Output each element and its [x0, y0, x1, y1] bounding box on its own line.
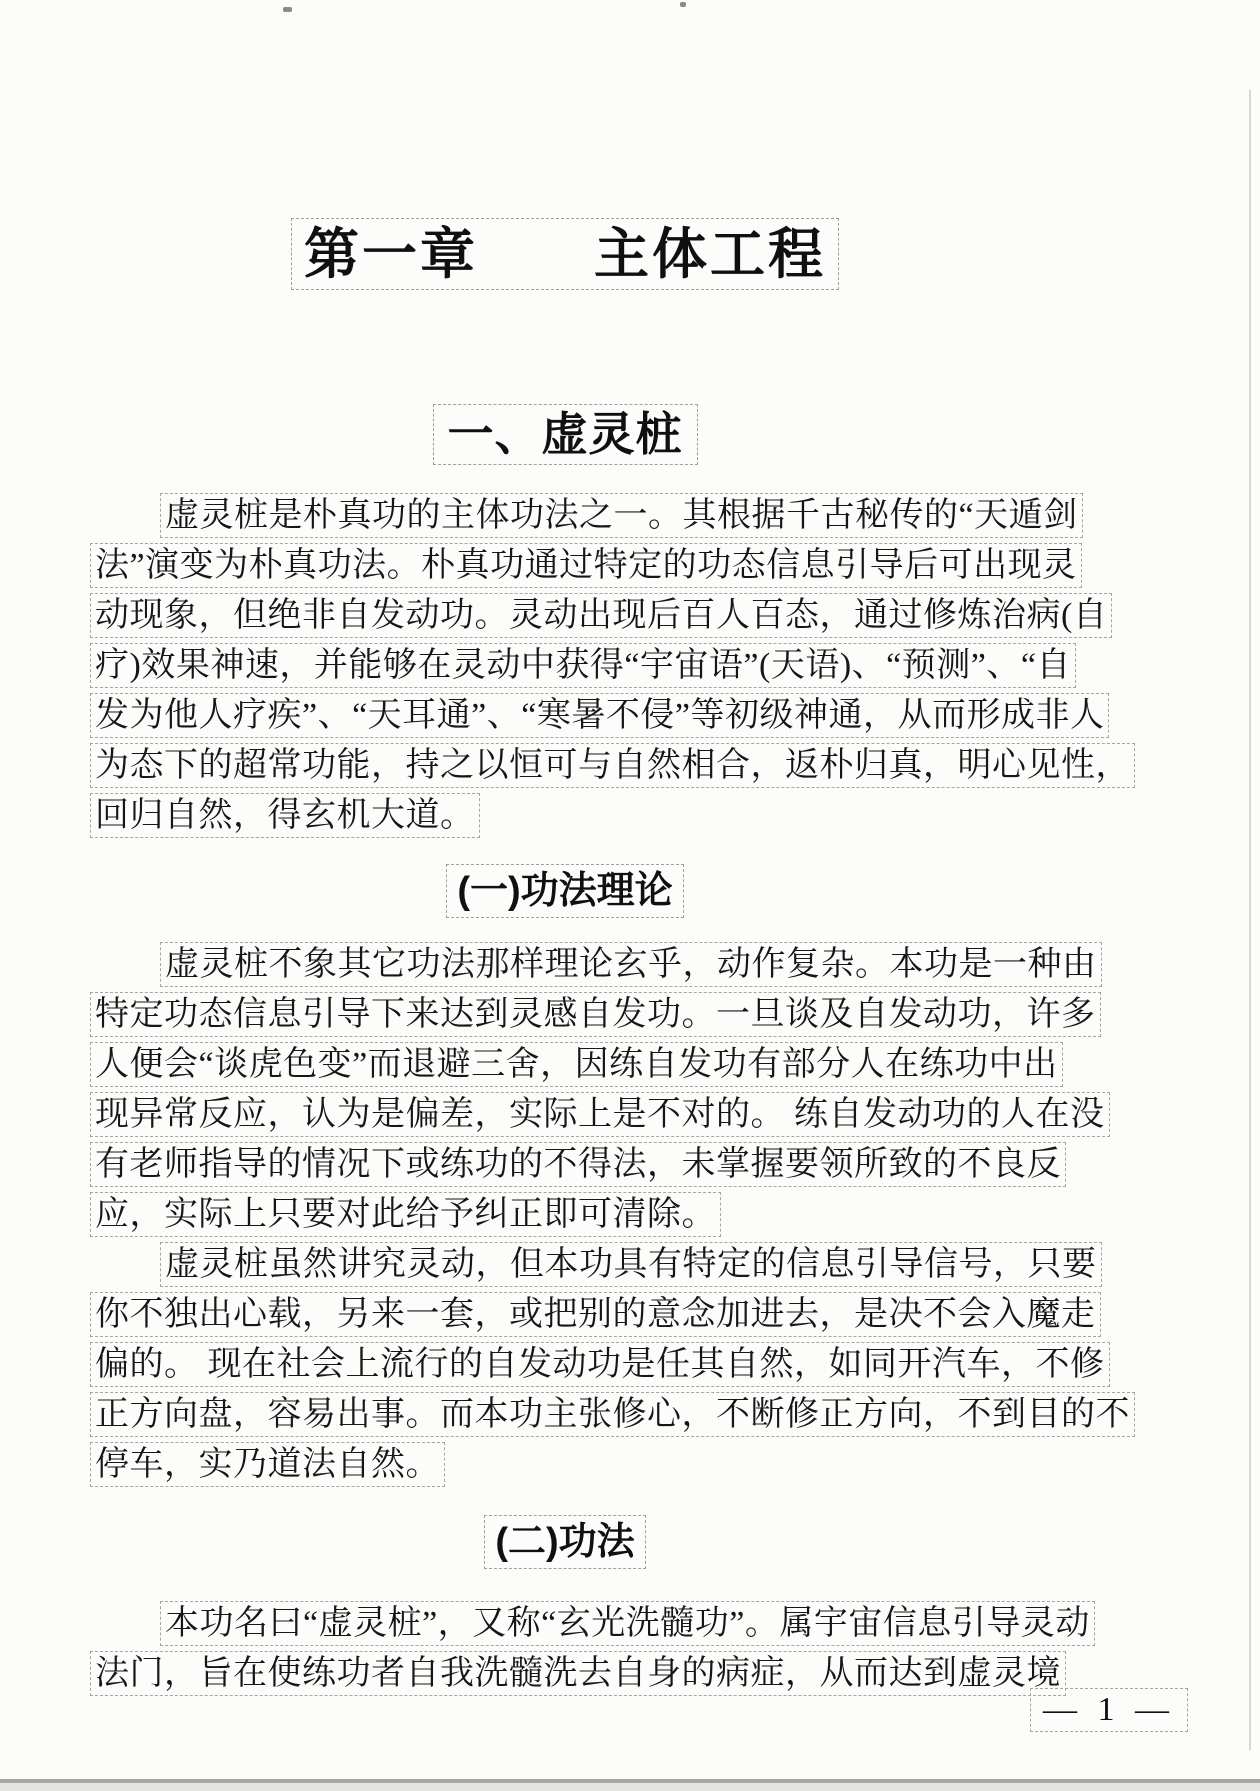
text-line: 为态下的超常功能，持之以恒可与自然相合，返朴归真，明心见性，: [90, 743, 1135, 788]
sub-heading-method: (二)功法: [484, 1515, 645, 1569]
paragraph-4: 本功名曰“虚灵桩”，又称“玄光洗髓功”。属宇宙信息引导灵动 法门，旨在使练功者自…: [90, 1601, 1040, 1696]
text-line: 现异常反应，认为是偏差，实际上是不对的。 练自发动功的人在没: [90, 1092, 1110, 1137]
paragraph-3: 虚灵桩虽然讲究灵动，但本功具有特定的信息引导信号，只要 你不独出心载，另来一套，…: [90, 1242, 1040, 1487]
text-line: 虚灵桩虽然讲究灵动，但本功具有特定的信息引导信号，只要: [160, 1242, 1102, 1287]
paragraph-2: 虚灵桩不象其它功法那样理论玄乎，动作复杂。本功是一种由 特定功态信息引导下来达到…: [90, 942, 1040, 1237]
scan-edge-line: [1249, 90, 1251, 1750]
text-line: 发为他人疗疾”、“天耳通”、“寒暑不侵”等初级神通，从而形成非人: [90, 693, 1109, 738]
text-line: 本功名曰“虚灵桩”，又称“玄光洗髓功”。属宇宙信息引导灵动: [160, 1601, 1095, 1646]
text-line: 有老师指导的情况下或练功的不得法，未掌握要领所致的不良反: [90, 1142, 1066, 1187]
text-line: 法”演变为朴真功法。朴真功通过特定的功态信息引导后可出现灵: [90, 543, 1082, 588]
text-line: 虚灵桩不象其它功法那样理论玄乎，动作复杂。本功是一种由: [160, 942, 1102, 987]
chapter-title: 第一章 主体工程: [291, 218, 839, 290]
text-line: 人便会“谈虎色变”而退避三舍，因练自发功有部分人在练功中出: [90, 1042, 1063, 1087]
paragraph-1: 虚灵桩是朴真功的主体功法之一。其根据千古秘传的“天遁剑 法”演变为朴真功法。朴真…: [90, 493, 1040, 838]
sub-heading-theory: (一)功法理论: [446, 864, 683, 918]
text-line: 特定功态信息引导下来达到灵感自发功。一旦谈及自发动功，许多: [90, 992, 1101, 1037]
text-line: 应，实际上只要对此给予纠正即可清除。: [90, 1192, 721, 1237]
text-line: 虚灵桩是朴真功的主体功法之一。其根据千古秘传的“天遁剑: [160, 493, 1083, 538]
scan-speck: [283, 7, 292, 12]
scan-speck: [680, 2, 686, 7]
text-line: 停车，实乃道法自然。: [90, 1442, 445, 1487]
text-line: 偏的。 现在社会上流行的自发动功是任其自然，如同开汽车，不修: [90, 1342, 1110, 1387]
text-line: 疗)效果神速，并能够在灵动中获得“宇宙语”(天语)、“预测”、“自: [90, 643, 1076, 688]
text-line: 回归自然，得玄机大道。: [90, 793, 480, 838]
page-number: — 1 —: [1030, 1688, 1188, 1732]
section-title: 一、虚灵桩: [433, 404, 698, 465]
page-content: 第一章 主体工程 一、虚灵桩 虚灵桩是朴真功的主体功法之一。其根据千古秘传的“天…: [90, 218, 1040, 1701]
text-line: 正方向盘，容易出事。而本功主张修心，不断修正方向，不到目的不: [90, 1392, 1135, 1437]
text-line: 法门，旨在使练功者自我洗髓洗去自身的病症，从而达到虚灵境: [90, 1651, 1066, 1696]
text-line: 你不独出心载，另来一套，或把别的意念加进去，是决不会入魔走: [90, 1292, 1101, 1337]
text-line: 动现象，但绝非自发动功。灵动出现后百人百态，通过修炼治病(自: [90, 593, 1112, 638]
scan-bottom-shadow: [0, 1783, 1260, 1791]
